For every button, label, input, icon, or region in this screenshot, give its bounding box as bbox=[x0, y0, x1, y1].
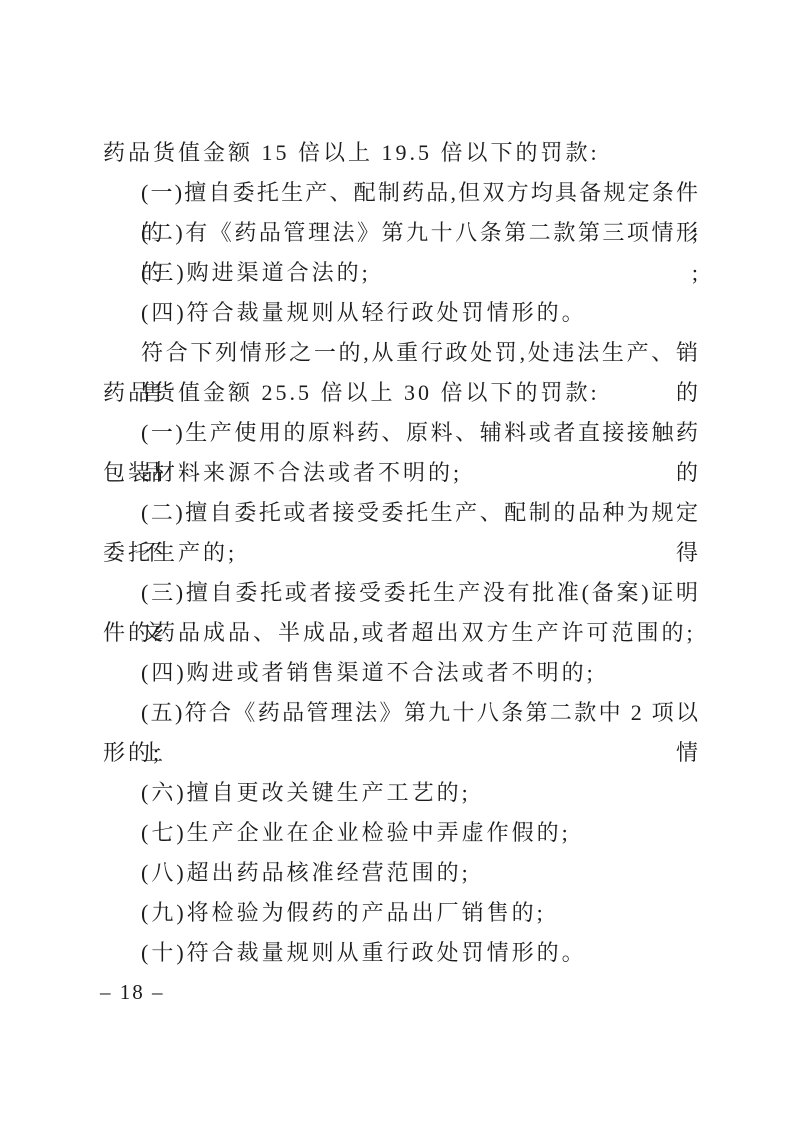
text-line: (二)擅自委托或者接受委托生产、配制的品种为规定不得 bbox=[103, 493, 700, 533]
text-line: (一)擅自委托生产、配制药品,但双方均具备规定条件的; bbox=[103, 173, 700, 213]
text-line: (二)有《药品管理法》第九十八条第二款第三项情形的; bbox=[103, 213, 700, 253]
text-line: (七)生产企业在企业检验中弄虚作假的; bbox=[103, 813, 700, 853]
document-page: 药品货值金额 15 倍以上 19.5 倍以下的罚款:(一)擅自委托生产、配制药品… bbox=[0, 0, 793, 1122]
text-line: 件的药品成品、半成品,或者超出双方生产许可范围的; bbox=[103, 613, 700, 653]
page-number: – 18 – bbox=[100, 976, 165, 1008]
text-line: (五)符合《药品管理法》第九十八条第二款中 2 项以上情 bbox=[103, 693, 700, 733]
text-line: (十)符合裁量规则从重行政处罚情形的。 bbox=[103, 933, 700, 973]
text-line: (三)擅自委托或者接受委托生产没有批准(备案)证明文 bbox=[103, 573, 700, 613]
document-body: 药品货值金额 15 倍以上 19.5 倍以下的罚款:(一)擅自委托生产、配制药品… bbox=[103, 133, 700, 973]
text-line: (九)将检验为假药的产品出厂销售的; bbox=[103, 893, 700, 933]
text-line: (四)购进或者销售渠道不合法或者不明的; bbox=[103, 653, 700, 693]
text-line: (四)符合裁量规则从轻行政处罚情形的。 bbox=[103, 293, 700, 333]
text-line: (六)擅自更改关键生产工艺的; bbox=[103, 773, 700, 813]
text-line: 符合下列情形之一的,从重行政处罚,处违法生产、销售的 bbox=[103, 333, 700, 373]
text-line: (八)超出药品核准经营范围的; bbox=[103, 853, 700, 893]
text-line: 药品货值金额 15 倍以上 19.5 倍以下的罚款: bbox=[103, 133, 700, 173]
text-line: (一)生产使用的原料药、原料、辅料或者直接接触药品的 bbox=[103, 413, 700, 453]
